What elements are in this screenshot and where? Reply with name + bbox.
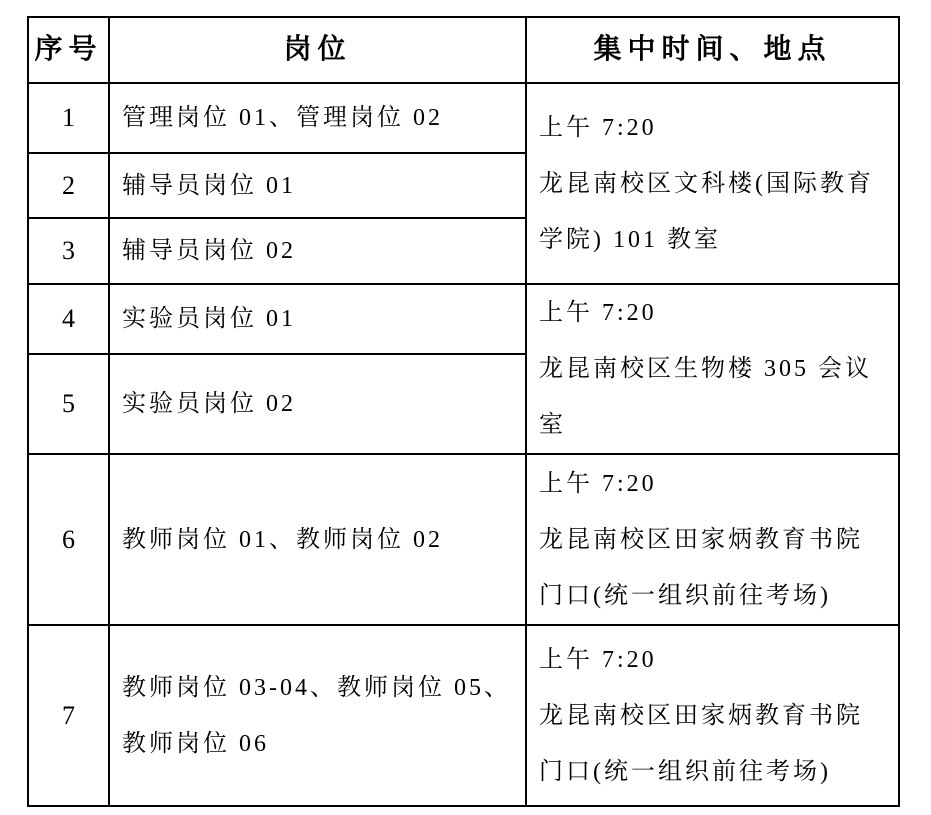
row-number-cell: 6 bbox=[28, 454, 109, 625]
header-cell-time-place: 集中时间、地点 bbox=[526, 17, 899, 83]
time-place-cell: 上午 7:20 龙昆南校区文科楼(国际教育 学院) 101 教室 bbox=[526, 83, 899, 284]
table-row: 1 管理岗位 01、管理岗位 02 上午 7:20 龙昆南校区文科楼(国际教育 … bbox=[28, 83, 899, 153]
table-header-row: 序号 岗位 集中时间、地点 bbox=[28, 17, 899, 83]
position-cell: 实验员岗位 02 bbox=[109, 354, 526, 454]
time-place-cell: 上午 7:20 龙昆南校区田家炳教育书院 门口(统一组织前往考场) bbox=[526, 625, 899, 806]
row-number-cell: 3 bbox=[28, 218, 109, 284]
position-cell: 辅导员岗位 01 bbox=[109, 153, 526, 218]
header-cell-index: 序号 bbox=[28, 17, 109, 83]
page: { "page": { "background_color": "#ffffff… bbox=[0, 0, 931, 815]
position-cell: 教师岗位 01、教师岗位 02 bbox=[109, 454, 526, 625]
time-place-cell: 上午 7:20 龙昆南校区田家炳教育书院 门口(统一组织前往考场) bbox=[526, 454, 899, 625]
time-place-cell: 上午 7:20 龙昆南校区生物楼 305 会议 室 bbox=[526, 284, 899, 454]
header-cell-position: 岗位 bbox=[109, 17, 526, 83]
row-number-cell: 2 bbox=[28, 153, 109, 218]
position-cell: 管理岗位 01、管理岗位 02 bbox=[109, 83, 526, 153]
table-row: 4 实验员岗位 01 上午 7:20 龙昆南校区生物楼 305 会议 室 bbox=[28, 284, 899, 354]
table-row: 6 教师岗位 01、教师岗位 02 上午 7:20 龙昆南校区田家炳教育书院 门… bbox=[28, 454, 899, 625]
row-number-cell: 1 bbox=[28, 83, 109, 153]
schedule-table: 序号 岗位 集中时间、地点 1 管理岗位 01、管理岗位 02 上午 7:20 … bbox=[27, 16, 900, 807]
row-number-cell: 7 bbox=[28, 625, 109, 806]
row-number-cell: 4 bbox=[28, 284, 109, 354]
position-cell: 实验员岗位 01 bbox=[109, 284, 526, 354]
table-row: 7 教师岗位 03-04、教师岗位 05、 教师岗位 06 上午 7:20 龙昆… bbox=[28, 625, 899, 806]
row-number-cell: 5 bbox=[28, 354, 109, 454]
position-cell: 辅导员岗位 02 bbox=[109, 218, 526, 284]
position-cell: 教师岗位 03-04、教师岗位 05、 教师岗位 06 bbox=[109, 625, 526, 806]
